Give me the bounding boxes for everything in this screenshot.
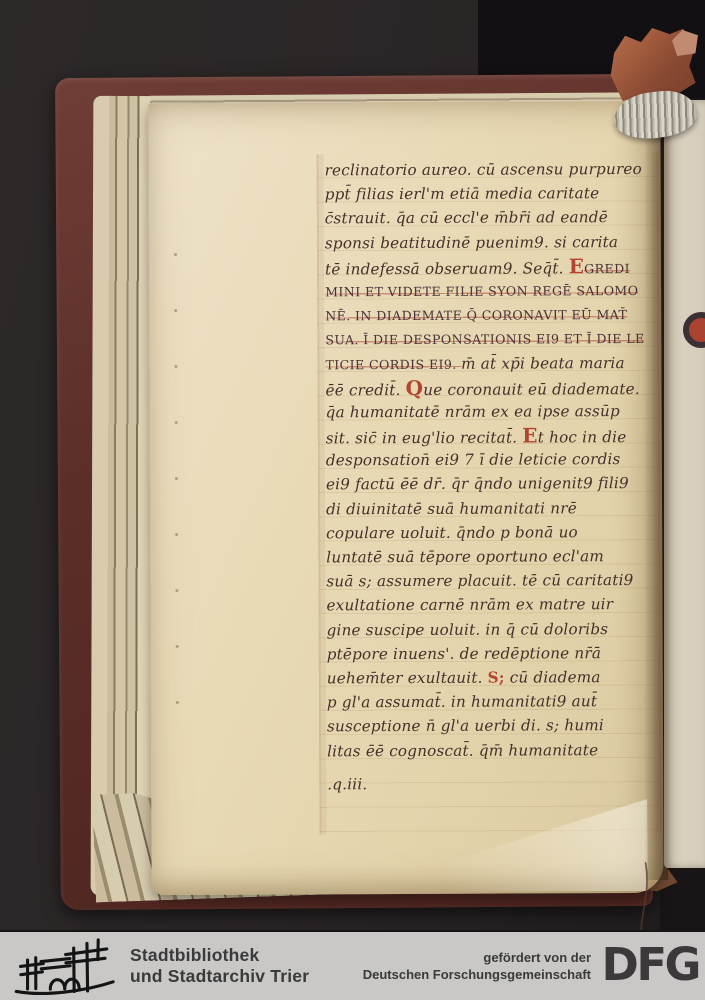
pricking-hole xyxy=(175,421,178,424)
manuscript-text-segment: luntatē suā tēpore oportuno ecl'am xyxy=(326,547,604,566)
manuscript-text-segment: MINI ET VIDETE FILIE SYON REGĒ SALOMO xyxy=(325,283,638,299)
manuscript-line: tē indefessā obseruam9. Seq̄t̄. EGREDI xyxy=(325,254,657,280)
manuscript-line: ei9 factū ēē dr̄. q̄r q̄ndo unigenit9 fi… xyxy=(326,471,658,497)
pricking-hole xyxy=(175,533,178,536)
pricking-hole xyxy=(176,701,179,704)
manuscript-line: uehem̄ter exultauit. S; cū diadema xyxy=(327,665,659,691)
manuscript-line: exultatione carnē nrām ex matre uir xyxy=(326,592,658,618)
manuscript-line: desponsation̄ ei9 7 ī die leticie cordis xyxy=(326,447,658,473)
manuscript-line: c̄strauit. q̄a cū eccl'e m̄br̄i ad eandē xyxy=(325,205,657,231)
manuscript-text-segment: NĒ. IN DIADEMATE Q̄ CORONAVIT EŪ MAT̄ xyxy=(325,307,627,323)
manuscript-text-segment: ue coronauit eū diademate. xyxy=(423,380,640,399)
manuscript-text-segment: S; xyxy=(488,669,505,687)
manuscript-text-segment: copulare uoluit. q̄ndo p bonā uo xyxy=(326,523,578,542)
manuscript-text-segment: E xyxy=(569,254,585,278)
manuscript-line: reclinatorio aureo. cū ascensu purpureo xyxy=(325,157,657,183)
manuscript-line: .q.iii. xyxy=(327,771,659,797)
manuscript-line: MINI ET VIDETE FILIE SYON REGĒ SALOMO xyxy=(325,278,657,304)
pricking-hole xyxy=(174,365,177,368)
manuscript-text-segment: ei9 factū ēē dr̄. q̄r q̄ndo unigenit9 fi… xyxy=(326,474,629,493)
manuscript-line: ppt̄ filias ierl'm etiā media caritate xyxy=(325,181,657,207)
manuscript-line: susceptione n̄ gl'a uerbi di. s; humi xyxy=(327,713,659,739)
manuscript-text-segment: suā s; assumere placuit. tē cū caritati9 xyxy=(326,571,633,590)
manuscript-text-segment: q̄a humanitatē nrām ex ea ipse assūp xyxy=(326,402,620,421)
manuscript-text-segment: .q.iii. xyxy=(327,775,367,793)
manuscript-text-segment: ptēpore inuens'. de redēptione nr̄ā xyxy=(327,644,601,663)
manuscript-line: ēē credit̄. Que coronauit eū diademate. xyxy=(325,375,657,401)
library-name-line1: Stadtbibliothek xyxy=(130,945,309,966)
manuscript-line: SUA. Ī DIE DESPONSATIONIS EI9 ET Ī DIE L… xyxy=(325,326,657,352)
pricking-hole xyxy=(175,477,178,480)
manuscript-text-segment: ēē credit̄. xyxy=(325,381,405,399)
pricking-hole xyxy=(174,253,177,256)
manuscript-text-segment: susceptione n̄ gl'a uerbi di. s; humi xyxy=(327,716,604,735)
manuscript-text-segment: desponsation̄ ei9 7 ī die leticie cordis xyxy=(326,450,621,469)
manuscript-text-segment: sit. sic̄ in eug'lio recitat̄. xyxy=(326,429,523,448)
facing-page-edge xyxy=(664,100,705,868)
manuscript-text-segment: t hoc in die xyxy=(538,428,627,446)
manuscript-text-segment: reclinatorio aureo. cū ascensu purpureo xyxy=(325,160,642,179)
manuscript-text-segment: uehem̄ter exultauit. xyxy=(327,669,488,688)
footer-banner: Stadtbibliothek und Stadtarchiv Trier ge… xyxy=(0,930,705,1000)
manuscript-line: q̄a humanitatē nrām ex ea ipse assūp xyxy=(326,399,658,425)
funding-credit-line2: Deutschen Forschungsgemeinschaft xyxy=(363,966,591,983)
manuscript-line: copulare uoluit. q̄ndo p bonā uo xyxy=(326,520,658,546)
manuscript-line: sponsi beatitudinē puenim9. si carita xyxy=(325,229,657,255)
dfg-logo: DFG xyxy=(601,940,699,990)
manuscript-text-segment: TICIE CORDIS EI9. xyxy=(325,356,461,372)
funding-credit-line1: gefördert von der xyxy=(363,949,591,966)
manuscript-line: NĒ. IN DIADEMATE Q̄ CORONAVIT EŪ MAT̄ xyxy=(325,302,657,328)
manuscript-line: di diuinitatē suā humanitati nrē xyxy=(326,496,658,522)
manuscript-text-segment: sponsi beatitudinē puenim9. si carita xyxy=(325,233,618,252)
manuscript-text-segment: E xyxy=(522,423,538,447)
torn-clasp-remnant xyxy=(608,28,700,150)
manuscript-line: litas ēē cognoscat̄. q̄m̄ humanitate xyxy=(327,737,659,763)
library-name-line2: und Stadtarchiv Trier xyxy=(130,966,309,987)
stadtbibliothek-logo xyxy=(11,934,117,1000)
pricking-hole xyxy=(176,645,179,648)
manuscript-page: reclinatorio aureo. cū ascensu purpureop… xyxy=(148,101,663,895)
manuscript-line: sit. sic̄ in eug'lio recitat̄. Et hoc in… xyxy=(326,423,658,449)
manuscript-text-segment: tē indefessā obseruam9. Seq̄t̄. xyxy=(325,259,569,278)
manuscript-line: p gl'a assumat̄. in humanitati9 aut̄ xyxy=(327,689,659,715)
manuscript-scan-page: reclinatorio aureo. cū ascensu purpureop… xyxy=(0,0,705,1000)
library-name: Stadtbibliothek und Stadtarchiv Trier xyxy=(130,945,309,987)
manuscript-line: luntatē suā tēpore oportuno ecl'am xyxy=(326,544,658,570)
manuscript-text-segment: ppt̄ filias ierl'm etiā media caritate xyxy=(325,184,600,203)
text-block: reclinatorio aureo. cū ascensu purpureop… xyxy=(325,157,660,878)
manuscript-text-segment: p gl'a assumat̄. in humanitati9 aut̄ xyxy=(327,692,597,711)
manuscript-text-segment: di diuinitatē suā humanitati nrē xyxy=(326,499,577,518)
manuscript-text-segment: SUA. Ī DIE DESPONSATIONIS EI9 ET Ī DIE L… xyxy=(325,331,644,347)
manuscript-text-segment: cū diadema xyxy=(505,668,601,686)
manuscript-line: ptēpore inuens'. de redēptione nr̄ā xyxy=(327,641,659,667)
pricking-hole xyxy=(175,589,178,592)
manuscript-text-segment: litas ēē cognoscat̄. q̄m̄ humanitate xyxy=(327,741,598,760)
manuscript-text-segment: GREDI xyxy=(584,261,630,276)
manuscript-text-segment: exultatione carnē nrām ex matre uir xyxy=(326,595,613,614)
manuscript-line: suā s; assumere placuit. tē cū caritati9 xyxy=(326,568,658,594)
manuscript-text-segment: c̄strauit. q̄a cū eccl'e m̄br̄i ad eandē xyxy=(325,208,608,227)
funding-credit: gefördert von der Deutschen Forschungsge… xyxy=(363,949,591,983)
manuscript-line: TICIE CORDIS EI9. m̄ at̄ xp̄i beata mari… xyxy=(325,350,657,376)
pricking-hole xyxy=(174,309,177,312)
manuscript-text-segment: Q xyxy=(406,376,424,400)
facing-page-initial xyxy=(683,312,705,348)
manuscript-line: gine suscipe uoluit. in q̄ cū doloribs xyxy=(327,616,659,642)
manuscript-text-segment: gine suscipe uoluit. in q̄ cū doloribs xyxy=(327,620,609,639)
manuscript-text-segment: m̄ at̄ xp̄i beata maria xyxy=(461,354,625,373)
